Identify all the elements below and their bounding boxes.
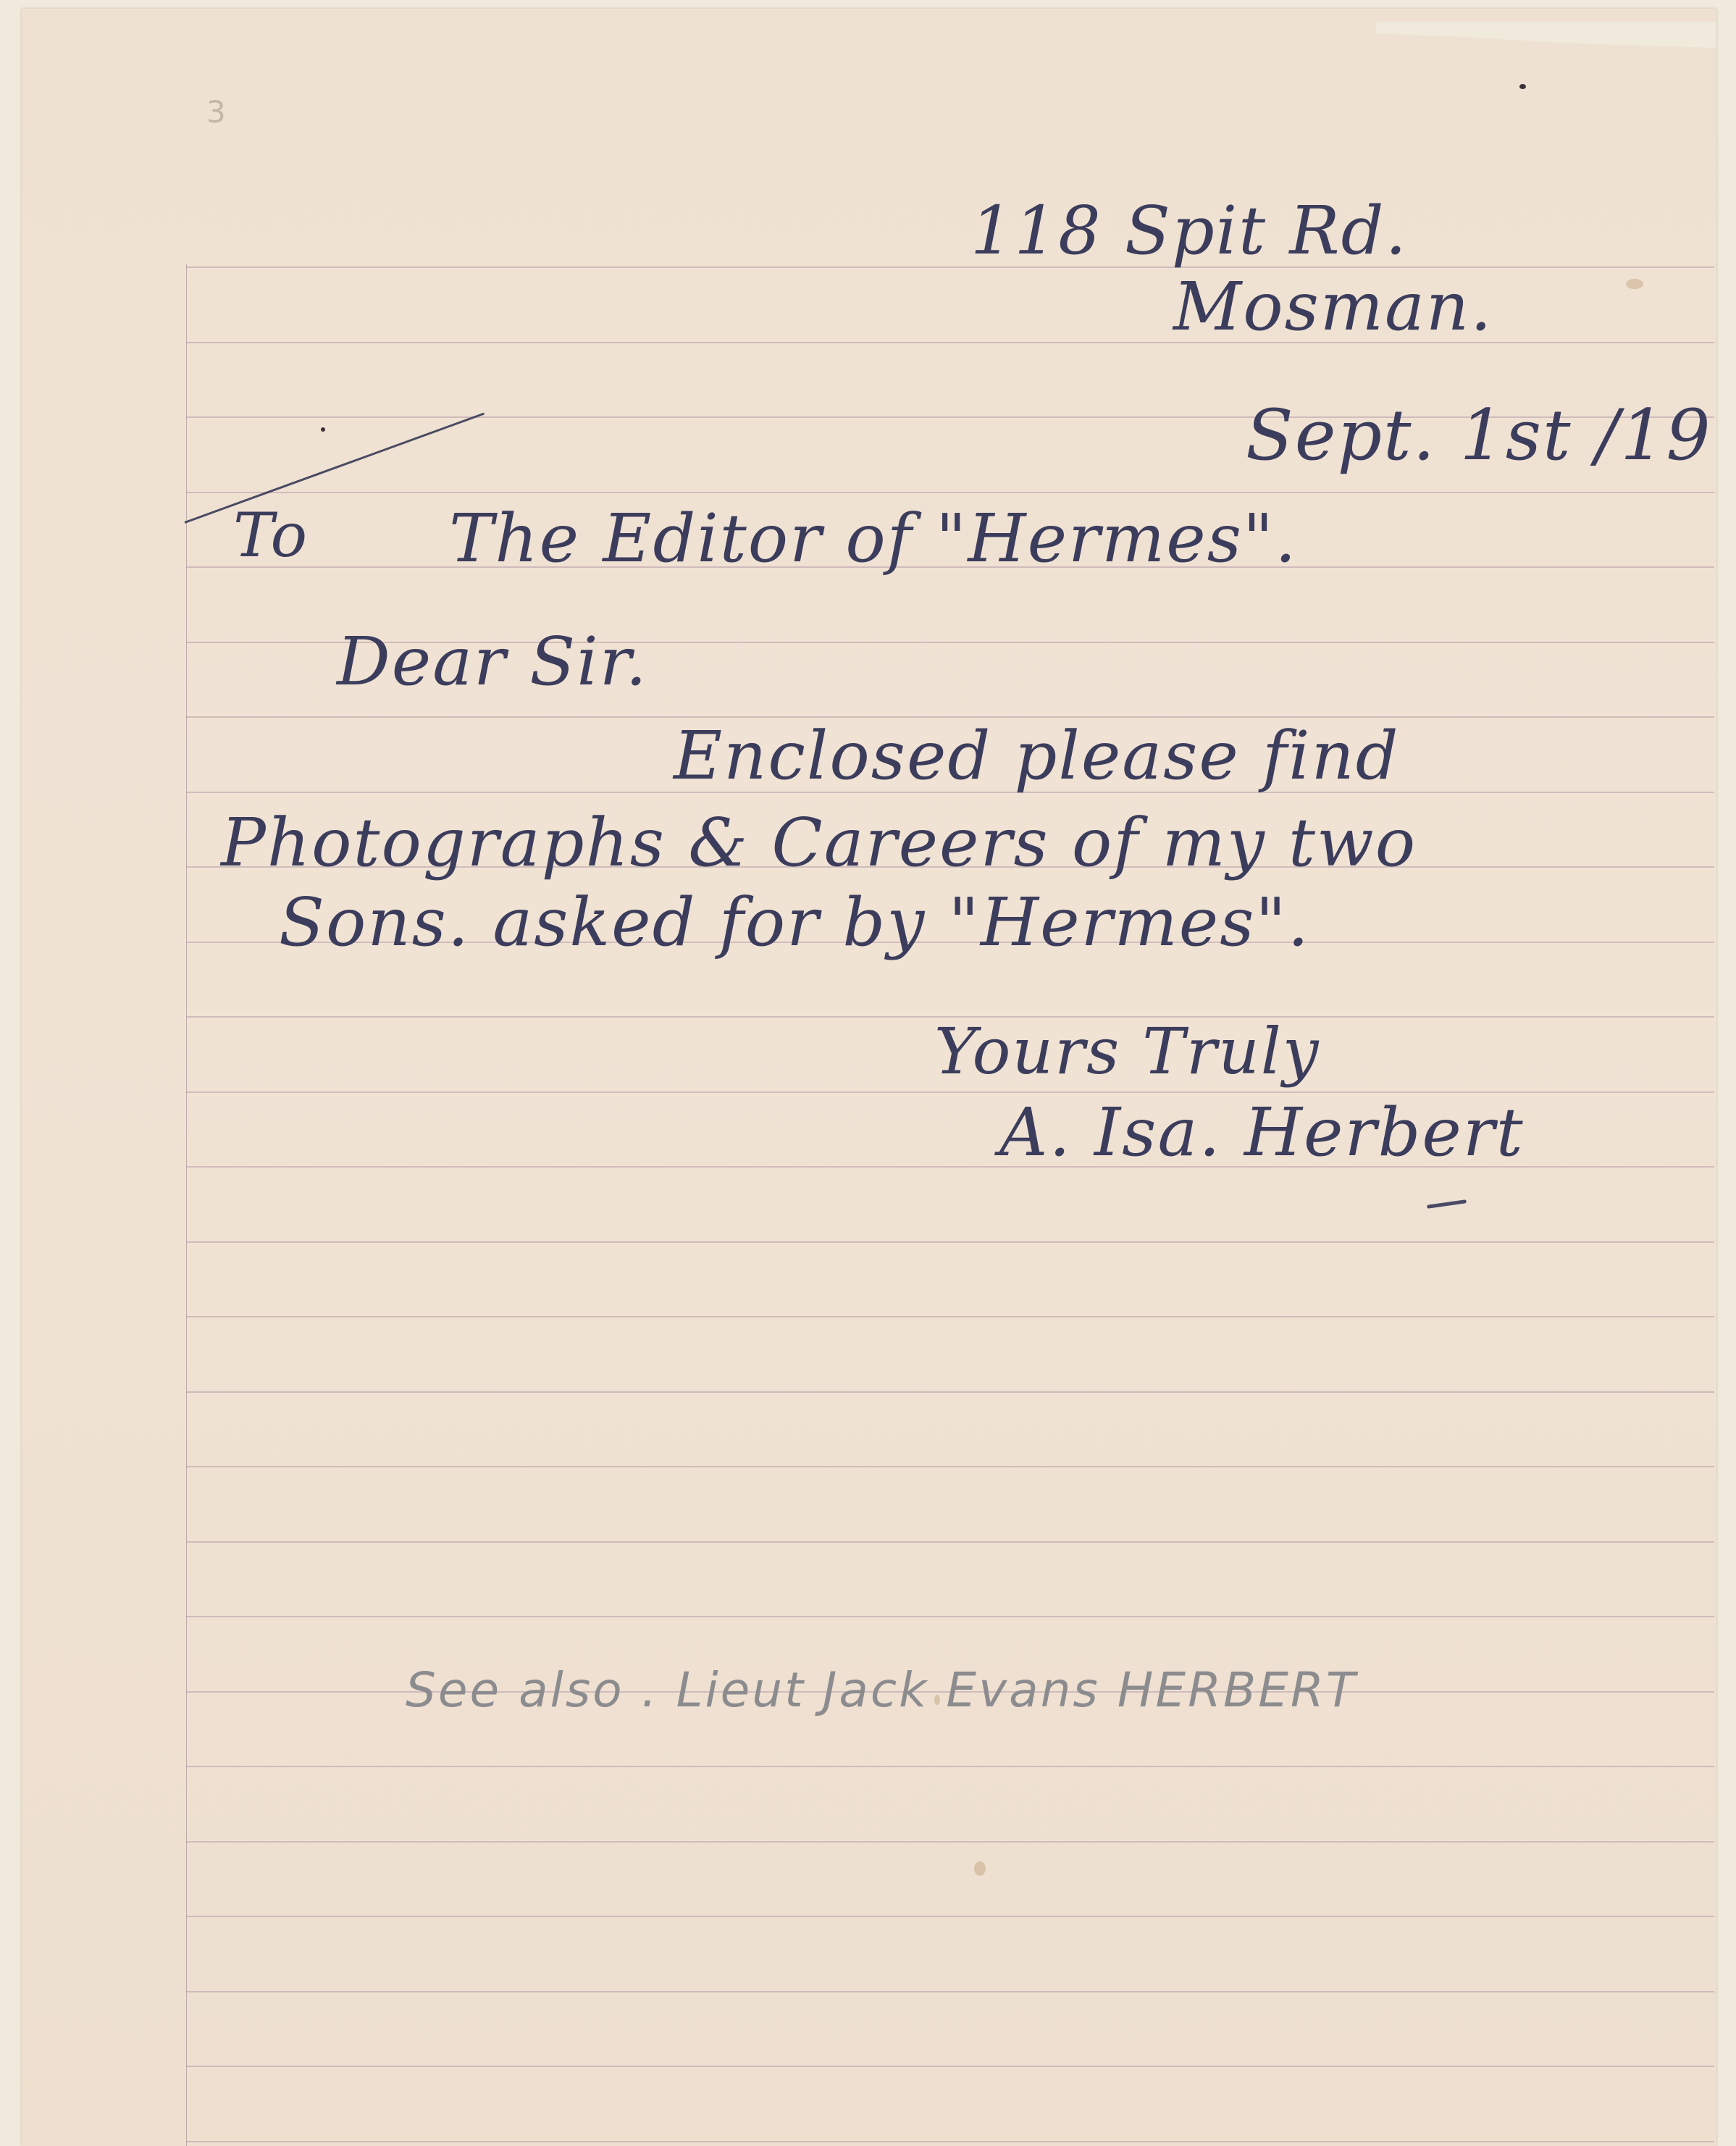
- ruled-line: [186, 1316, 1714, 1317]
- ruled-line: [186, 1841, 1714, 1843]
- ruled-line: [186, 1541, 1714, 1543]
- salutation: Dear Sir.: [337, 623, 648, 700]
- margin-line: [186, 264, 187, 2146]
- ink-speck: [1519, 84, 1526, 89]
- ruled-line: [186, 492, 1714, 493]
- signature: A. Isa. Herbert: [999, 1094, 1525, 1171]
- ruled-line: [186, 1616, 1714, 1617]
- ruled-line: [186, 2141, 1714, 2142]
- addressee-prefix-struck: To: [233, 500, 309, 571]
- ruled-line: [186, 1766, 1714, 1767]
- addressee-line: The Editor of "Hermes".: [449, 500, 1297, 577]
- ruled-line: [186, 1916, 1714, 1917]
- body-line-2: Photographs & Careers of my two: [221, 804, 1417, 881]
- ruled-line: [186, 1391, 1714, 1393]
- pencil-note: See also . Lieut Jack Evans HERBERT: [406, 1662, 1357, 1718]
- paper-stain: [934, 1695, 940, 1705]
- ruled-line: [186, 1466, 1714, 1467]
- ruled-line: [186, 1241, 1714, 1243]
- body-line-3: Sons. asked for by "Hermes".: [279, 884, 1310, 961]
- address-line-2: Mosman.: [1173, 268, 1493, 345]
- ink-speck: [321, 427, 325, 432]
- address-line-1: 118 Spit Rd.: [970, 192, 1408, 269]
- body-line-1: Enclosed please find: [674, 717, 1400, 795]
- ruled-line: [186, 1991, 1714, 1992]
- page-number-mark: 3: [206, 94, 226, 130]
- closing: Yours Truly: [934, 1014, 1320, 1089]
- ruled-line: [186, 2066, 1714, 2067]
- letter-date: Sept. 1st /19: [1246, 395, 1712, 476]
- paper-stain: [1626, 279, 1643, 289]
- paper-stain: [974, 1861, 986, 1876]
- ruled-line: [186, 1091, 1714, 1093]
